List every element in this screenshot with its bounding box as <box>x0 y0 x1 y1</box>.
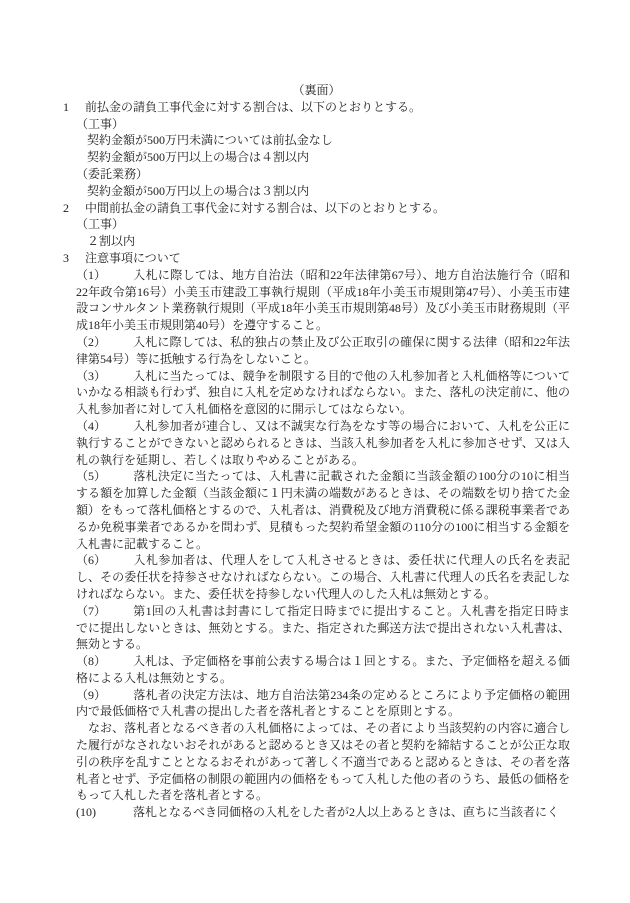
list-item-text: 中間前払金の請負工事代金に対する割合は、以下のとおりとする。 <box>85 201 445 215</box>
note-item-8: （8）入札は、予定価格を事前公表する場合は１回とする。また、予定価格を超える価格… <box>76 653 570 687</box>
document-page: （裏面） 1前払金の請負工事代金に対する割合は、以下のとおりとする。 （工事） … <box>0 0 630 903</box>
note-text: 入札に当たっては、競争を制限する目的で他の入札参加者と入札価格等についていかなる… <box>76 369 570 417</box>
note-label: （4） <box>76 418 133 435</box>
note-item-9-supplement: なお、落札者となるべき者の入札価格によっては、その者により当該契約の内容に適合し… <box>76 720 570 804</box>
note-label: （3） <box>76 368 133 385</box>
note-label: （9） <box>76 687 133 704</box>
list-item-text: 前払金の請負工事代金に対する割合は、以下のとおりとする。 <box>85 100 421 114</box>
note-text: 落札者の決定方法は、地方自治法第234条の定めるところにより予定価格の範囲内で最… <box>76 688 570 719</box>
list-item-2: 2中間前払金の請負工事代金に対する割合は、以下のとおりとする。 <box>63 200 570 217</box>
note-label: （8） <box>76 653 133 670</box>
list-item-number: 2 <box>63 200 85 217</box>
sub-line-amount: ２割以内 <box>87 233 570 250</box>
sub-line-amount: 契約金額が500万円未満については前払金なし <box>87 132 570 149</box>
sub-line-kouji: （工事） <box>76 216 570 233</box>
note-label: （1） <box>76 267 133 284</box>
note-item-4: （4）入札参加者が連合し、又は不誠実な行為をなす等の場合において、入札を公正に執… <box>76 418 570 468</box>
note-label: （6） <box>76 552 133 569</box>
list-item-3: 3注意事項について <box>63 250 570 267</box>
note-label: （2） <box>76 334 133 351</box>
note-text: 落札となるべき同価格の入札をした者が2人以上あるときは、直ちに当該者にく <box>133 805 559 819</box>
sub-line-amount: 契約金額が500万円以上の場合は３割以内 <box>87 183 570 200</box>
note-item-1: （1）入札に際しては、地方自治法（昭和22年法律第67号）、地方自治法施行令（昭… <box>76 267 570 334</box>
document-content: （裏面） 1前払金の請負工事代金に対する割合は、以下のとおりとする。 （工事） … <box>63 82 570 821</box>
note-text: 入札は、予定価格を事前公表する場合は１回とする。また、予定価格を超える価格による… <box>76 654 570 685</box>
list-item-number: 3 <box>63 250 85 267</box>
note-text: 入札に際しては、私的独占の禁止及び公正取引の確保に関する法律（昭和22年法律第5… <box>76 335 570 366</box>
note-text: 落札決定に当たっては、入札書に記載された金額に当該金額の100分の10に相当する… <box>76 469 570 550</box>
note-text: 入札に際しては、地方自治法（昭和22年法律第67号）、地方自治法施行令（昭和22… <box>76 268 570 332</box>
note-label: （7） <box>76 603 133 620</box>
list-item-text: 注意事項について <box>85 251 181 265</box>
page-side-label: （裏面） <box>63 82 570 99</box>
note-item-6: （6）入札参加者は、代理人をして入札させるときは、委任状に代理人の氏名を表記し、… <box>76 552 570 602</box>
note-text: 入札参加者は、代理人をして入札させるときは、委任状に代理人の氏名を表記し、その委… <box>76 553 570 601</box>
note-label: (10) <box>76 804 133 821</box>
note-item-2: （2）入札に際しては、私的独占の禁止及び公正取引の確保に関する法律（昭和22年法… <box>76 334 570 368</box>
note-item-9: （9）落札者の決定方法は、地方自治法第234条の定めるところにより予定価格の範囲… <box>76 687 570 721</box>
note-text: 第1回の入札書は封書にして指定日時までに提出すること。入札書を指定日時までに提出… <box>76 604 570 652</box>
list-item-1: 1前払金の請負工事代金に対する割合は、以下のとおりとする。 <box>63 99 570 116</box>
note-item-7: （7）第1回の入札書は封書にして指定日時までに提出すること。入札書を指定日時まで… <box>76 603 570 653</box>
sub-line-amount: 契約金額が500万円以上の場合は４割以内 <box>87 149 570 166</box>
list-item-number: 1 <box>63 99 85 116</box>
note-item-3: （3）入札に当たっては、競争を制限する目的で他の入札参加者と入札価格等についてい… <box>76 368 570 418</box>
sub-line-itaku: （委託業務） <box>76 166 570 183</box>
note-item-10: (10)落札となるべき同価格の入札をした者が2人以上あるときは、直ちに当該者にく <box>76 804 570 821</box>
note-text: 入札参加者が連合し、又は不誠実な行為をなす等の場合において、入札を公正に執行する… <box>76 419 570 467</box>
sub-line-kouji: （工事） <box>76 116 570 133</box>
note-label: （5） <box>76 468 133 485</box>
note-item-5: （5）落札決定に当たっては、入札書に記載された金額に当該金額の100分の10に相… <box>76 468 570 552</box>
